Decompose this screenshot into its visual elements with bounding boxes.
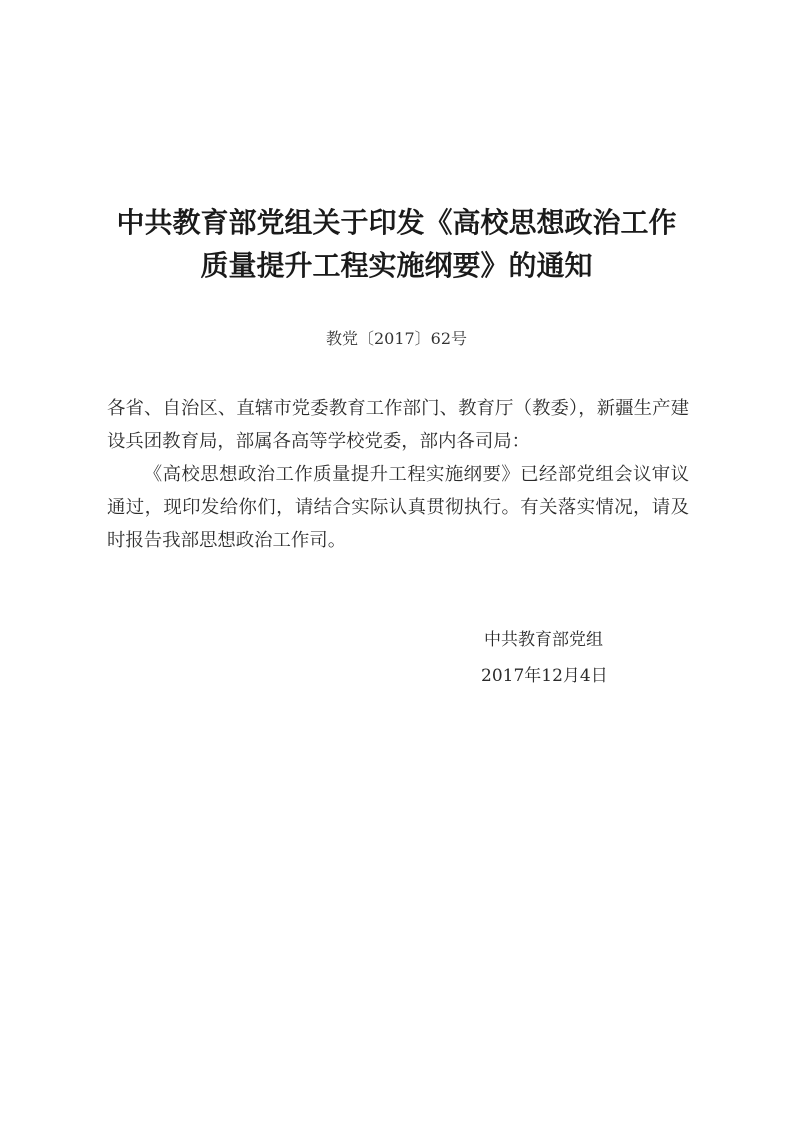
signature-date: 2017年12月4日 bbox=[481, 661, 608, 686]
document-title-line-1: 中共教育部党组关于印发《高校思想政治工作 bbox=[0, 201, 793, 241]
body-paragraph: 《高校思想政治工作质量提升工程实施纲要》已经部党组会议审议通过，现印发给你们，请… bbox=[107, 458, 689, 557]
signature-organization: 中共教育部党组 bbox=[484, 625, 603, 650]
document-title-line-2: 质量提升工程实施纲要》的通知 bbox=[0, 244, 793, 284]
document-body: 各省、自治区、直辖市党委教育工作部门、教育厅（教委），新疆生产建设兵团教育局，部… bbox=[107, 392, 689, 557]
addressees-paragraph: 各省、自治区、直辖市党委教育工作部门、教育厅（教委），新疆生产建设兵团教育局，部… bbox=[107, 392, 689, 458]
document-number: 教党〔2017〕62号 bbox=[0, 326, 793, 349]
